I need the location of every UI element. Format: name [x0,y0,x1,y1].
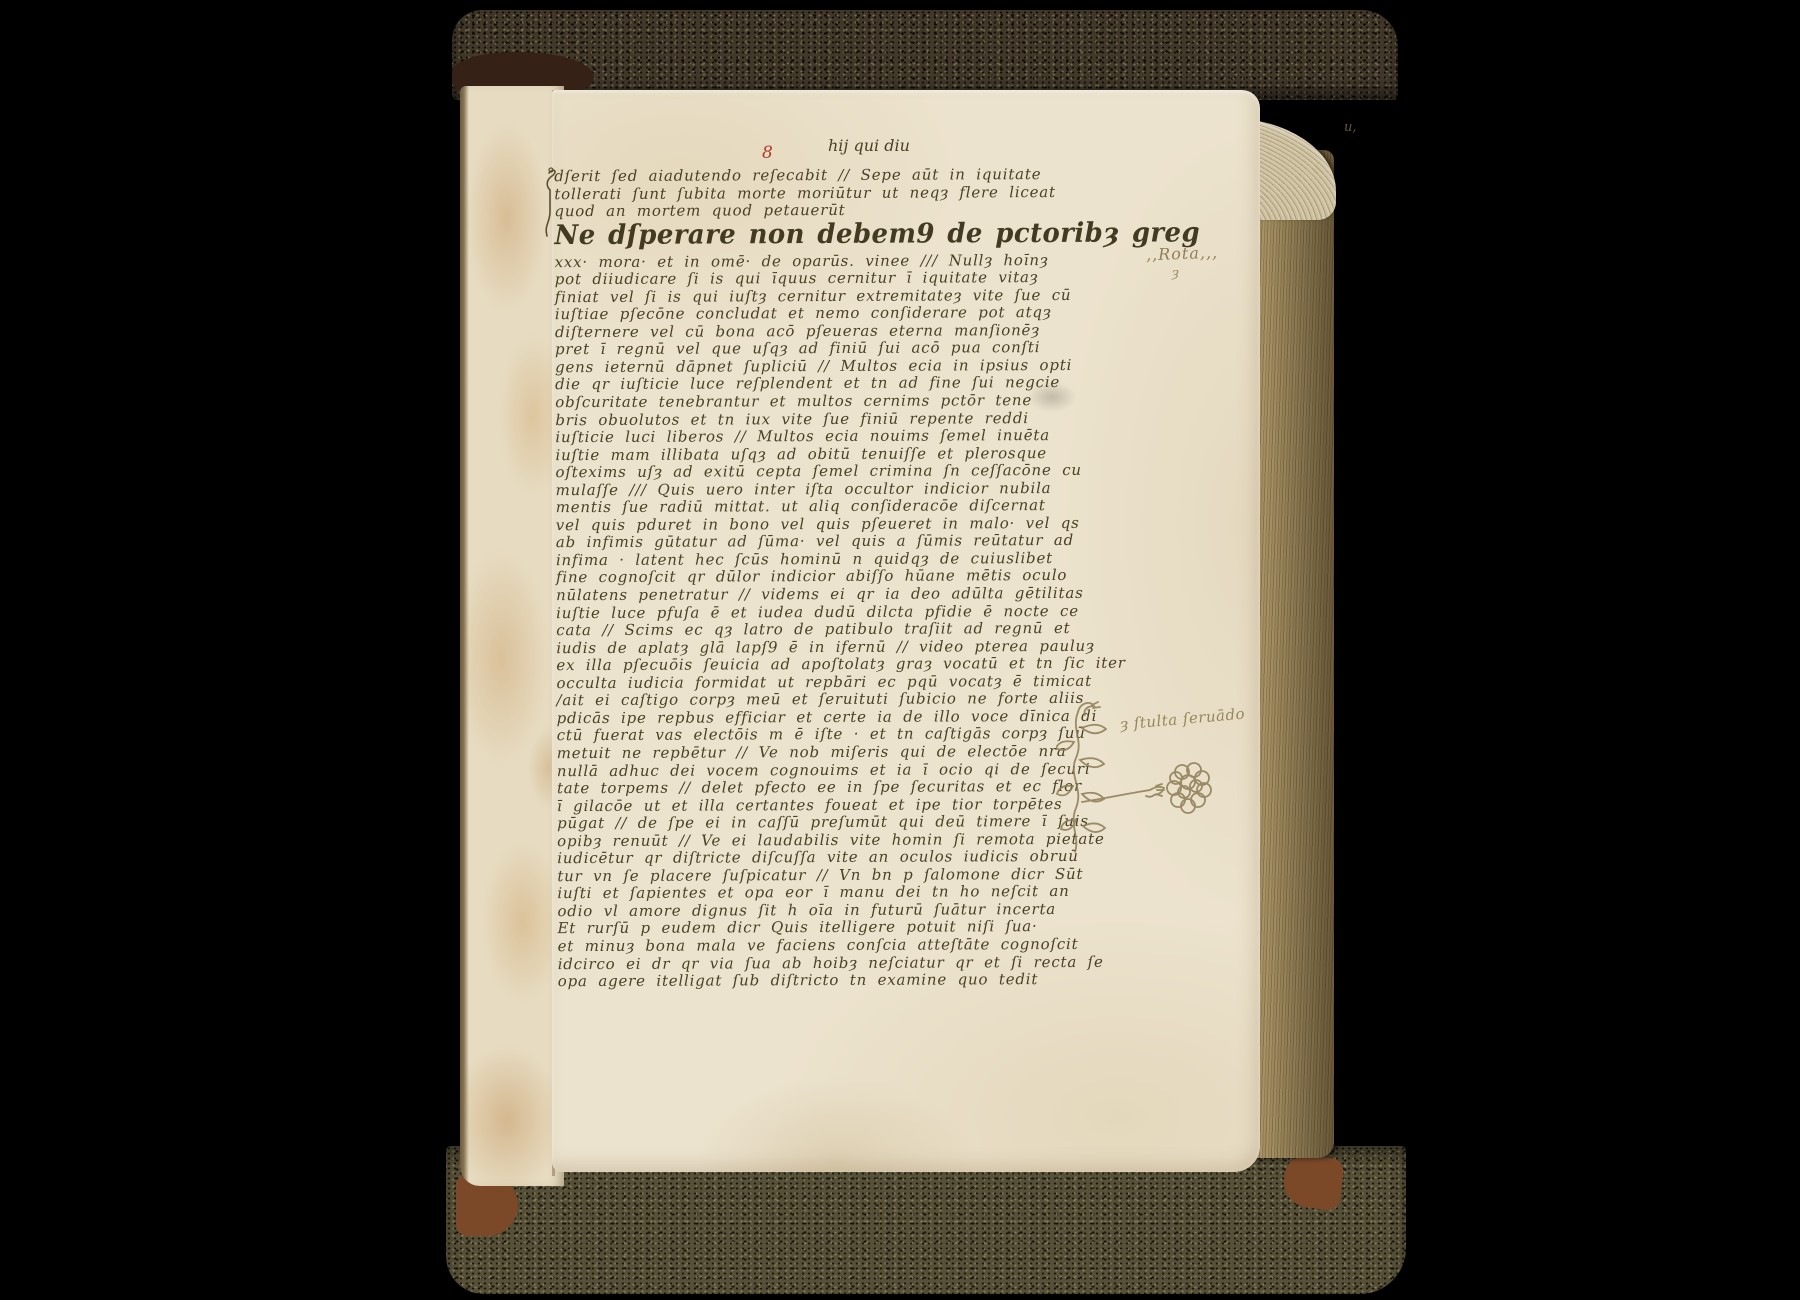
folio-number: 8 [762,143,773,163]
manuscript-text-line: oſtexims uſȝ ad exitū cepta ſemel crimin… [556,461,1096,481]
manuscript-text-line: opa agere itelligat ſub diſtricto tn exa… [558,970,1098,990]
chapter-incipit: Ne dſperare non debem9 de pctoribȝ greg [554,217,1094,254]
manuscript-text-line: tollerati ſunt ſubita morte moriūtur ut … [554,182,1094,202]
manuscript-text-line: dſerit ſed aiadutendo reſecabit // Sepe … [554,165,1094,185]
manuscript-text-line: et minuȝ bona mala ve faciens conſcia at… [558,935,1098,955]
gutter-stained-flyleaf [460,86,564,1186]
manuscript-text-line: pret ī regnū vel que uſqȝ ad finiū ſui a… [555,338,1095,358]
manuscript-text-line: iuſticie luci liberos // Multos ecia nou… [555,426,1095,446]
manuscript-text-line: pot diiudicare ſi is qui īquus cernitur … [555,268,1095,288]
manuscript-text-line: mentis ſue radiū mittat. ut aliq conſide… [556,496,1096,516]
manuscript-text-line: ab infimis gūtatur ad ſūma· vel quis a ſ… [556,531,1096,551]
manuscript-text-line: ex illa pſecuōis ſeuicia ad apoſtolatȝ g… [556,654,1096,674]
book-cover-top [452,10,1398,100]
manuscript-text-line: nūlatens penetratur // videms ei qr ia d… [556,584,1096,604]
manuscript-text-line: iudicētur qr diſtricte diſcuſſa vite an … [557,847,1097,867]
manuscript-text-line: iuſti et ſapientes et opa eor ī manu dei… [557,882,1097,902]
manuscript-text-line: metuit ne repbētur // Ve nob miſeris qui… [557,742,1097,762]
manuscript-photo: 8 hij qui diu dſerit ſed aiadutendo reſe… [0,0,1800,1300]
manuscript-text-line: quod an mortem quod petauerūt [554,200,1094,220]
marginal-vine-flower-drawing [1056,698,1216,862]
manuscript-text-line: obſcuritate tenebrantur et multos cernim… [555,391,1095,411]
manuscript-text-line: /ait ei caſtigo corpȝ meū et ſeruituti ſ… [556,689,1096,709]
opening-lines: dſerit ſed aiadutendo reſecabit // Sepe … [554,165,1094,220]
manuscript-text-line: tate torpems // delet pfecto ee in ſpe ſ… [557,777,1097,797]
manuscript-text-line: iuſtiae pſecōne concludat et nemo conſid… [555,303,1095,323]
margin-note-rota-squiggle: ȝ [1172,266,1179,281]
text-block: dſerit ſed aiadutendo reſecabit // Sepe … [554,165,1098,990]
manuscript-text-line: ctū fuerat vas electōis m ē iſte · et tn… [557,724,1097,744]
manuscript-text-line: pūgat // de ſpe ei in caſſū preſumūt qui… [557,812,1097,832]
margin-note-rota: ,,Rota,,, [1146,243,1219,265]
running-header: hij qui diu [828,136,910,155]
body-lines: xxx· mora· et in omē· de oparūs. vinee /… [555,250,1098,989]
fore-edge-mark: u, [1344,120,1357,135]
manuscript-text-line: cata // Scims ec qȝ latro de patibulo tr… [556,619,1096,639]
